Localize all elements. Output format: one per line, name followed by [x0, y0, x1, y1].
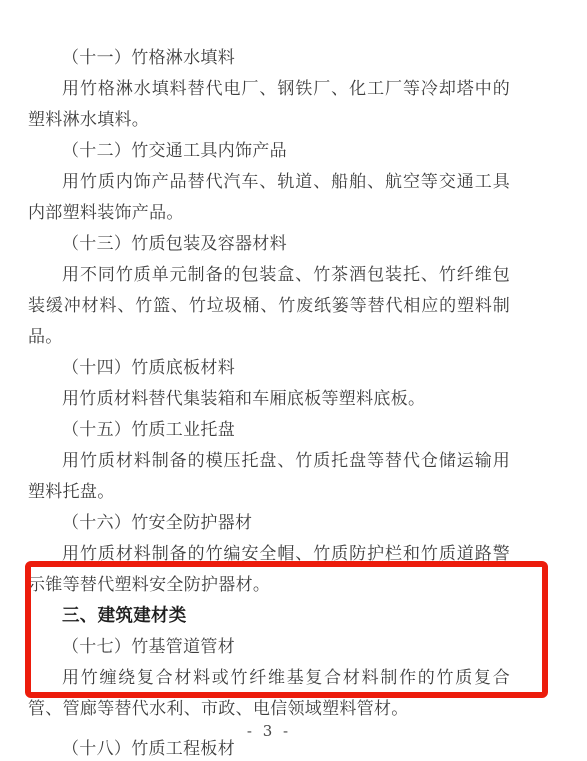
section-body-16: 用竹质材料制备的竹编安全帽、竹质防护栏和竹质道路警示锥等替代塑料安全防护器材。	[28, 538, 510, 600]
section-body-15: 用竹质材料制备的模压托盘、竹质托盘等替代仓储运输用塑料托盘。	[28, 445, 510, 507]
section-heading-15: （十五）竹质工业托盘	[28, 414, 510, 445]
section-body-13: 用不同竹质单元制备的包装盒、竹茶酒包装托、竹纤维包装缓冲材料、竹篮、竹垃圾桶、竹…	[28, 259, 510, 352]
section-heading-14: （十四）竹质底板材料	[28, 352, 510, 383]
section-heading-11: （十一）竹格淋水填料	[28, 42, 510, 73]
section-heading-17: （十七）竹基管道管材	[28, 631, 510, 662]
page-number: - 3 -	[28, 722, 510, 740]
section-heading-12: （十二）竹交通工具内饰产品	[28, 135, 510, 166]
chapter-heading-construction-materials: 三、建筑建材类	[28, 600, 510, 631]
section-body-14: 用竹质材料替代集装箱和车厢底板等塑料底板。	[28, 383, 510, 414]
section-body-11: 用竹格淋水填料替代电厂、钢铁厂、化工厂等冷却塔中的塑料淋水填料。	[28, 73, 510, 135]
document-page: （十一）竹格淋水填料 用竹格淋水填料替代电厂、钢铁厂、化工厂等冷却塔中的塑料淋水…	[28, 42, 510, 761]
section-heading-16: （十六）竹安全防护器材	[28, 507, 510, 538]
section-body-17: 用竹缠绕复合材料或竹纤维基复合材料制作的竹质复合管、管廊等替代水利、市政、电信领…	[28, 662, 510, 724]
section-body-12: 用竹质内饰产品替代汽车、轨道、船舶、航空等交通工具内部塑料装饰产品。	[28, 166, 510, 228]
section-heading-13: （十三）竹质包装及容器材料	[28, 228, 510, 259]
